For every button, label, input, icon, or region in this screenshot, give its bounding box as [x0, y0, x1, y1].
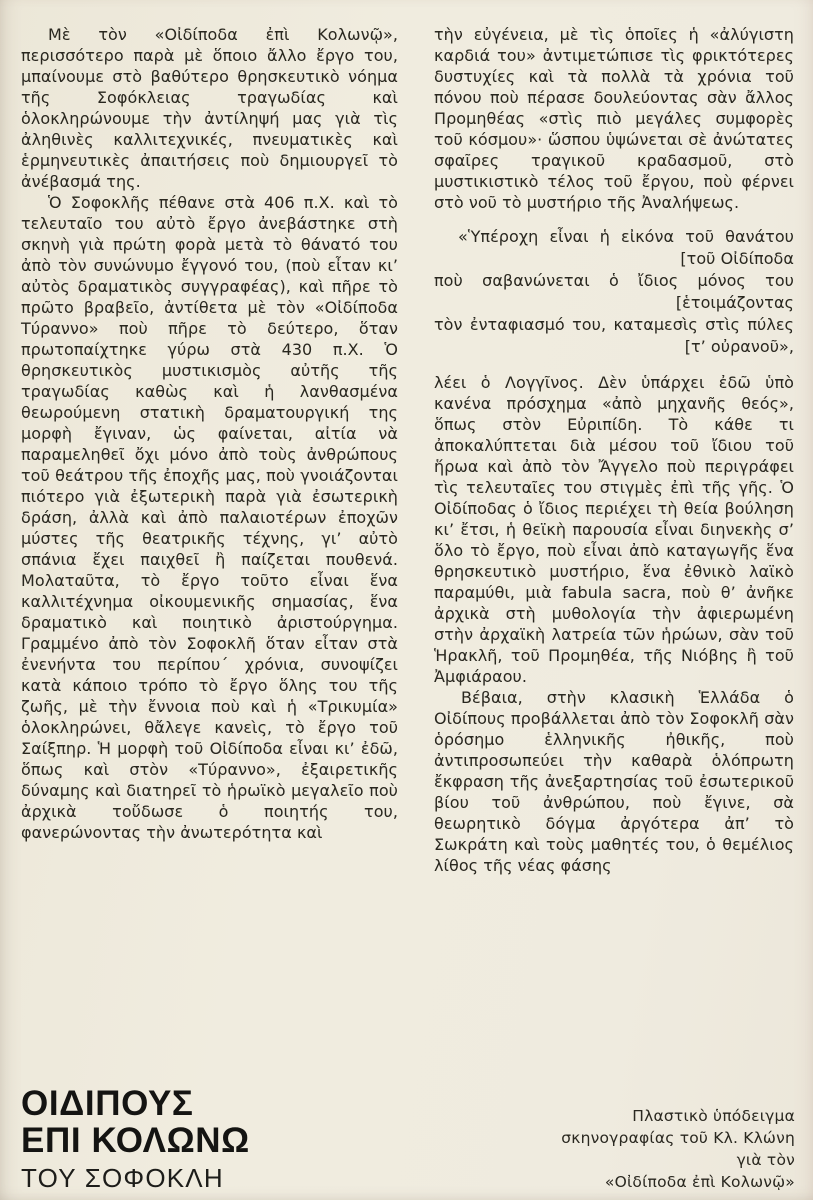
- verse-quote: «Ὑπέροχη εἶναι ἡ εἰκόνα τοῦ θανάτου [τοῦ…: [434, 226, 794, 358]
- quote-line-runover: [τ’ οὐρανοῦ»,: [434, 336, 794, 358]
- paragraph-continuation: τὴν εὐγένεια, μὲ τὶς ὁποῖες ἡ «ἀλύγιστη …: [434, 24, 794, 213]
- quote-line: τὸν ἐνταφιασμό του, καταμεσὶς στὶς πύλες: [434, 314, 794, 336]
- paragraph-intro: Μὲ τὸν «Οἰδίποδα ἐπὶ Κολωνῷ», περισσότερ…: [21, 24, 398, 192]
- caption-line: σκηνογραφίας τοῦ Κλ. Κλώνη: [561, 1127, 795, 1149]
- caption-line: γιὰ τὸν: [561, 1149, 795, 1171]
- caption-line: «Οἰδίποδα ἐπὶ Κολωνῷ»: [561, 1171, 795, 1193]
- article-body: Μὲ τὸν «Οἰδίποδα ἐπὶ Κολωνῷ», περισσότερ…: [0, 0, 813, 876]
- play-title-block: ΟΙΔΙΠΟΥΣ ΕΠΙ ΚΟΛΩΝΩ ΤΟΥ ΣΟΦΟΚΛΗ: [21, 1085, 250, 1194]
- quote-line-runover: [τοῦ Οἰδίποδα: [434, 248, 794, 270]
- right-column: τὴν εὐγένεια, μὲ τὶς ὁποῖες ἡ «ἀλύγιστη …: [434, 24, 794, 876]
- caption-line: Πλαστικὸ ὑπόδειγμα: [561, 1105, 795, 1127]
- scanned-program-page: Μὲ τὸν «Οἰδίποδα ἐπὶ Κολωνῷ», περισσότερ…: [0, 0, 813, 1200]
- play-title-line1: ΟΙΔΙΠΟΥΣ: [21, 1085, 250, 1122]
- paragraph-sophocles-history: Ὁ Σοφοκλῆς πέθανε στὰ 406 π.Χ. καὶ τὸ τε…: [21, 192, 398, 843]
- paragraph-attribution: λέει ὁ Λογγῖνος. Δὲν ὑπάρχει ἐδῶ ὑπὸ καν…: [434, 372, 794, 687]
- quote-line: ποὺ σαβανώνεται ὁ ἴδιος μόνος του: [434, 270, 794, 292]
- photo-caption: Πλαστικὸ ὑπόδειγμα σκηνογραφίας τοῦ Κλ. …: [561, 1105, 795, 1193]
- paragraph-closing: Βέβαια, στὴν κλασικὴ Ἑλλάδα ὁ Οἰδίπους π…: [434, 687, 794, 876]
- play-author: ΤΟΥ ΣΟΦΟΚΛΗ: [21, 1162, 250, 1194]
- quote-line: «Ὑπέροχη εἶναι ἡ εἰκόνα τοῦ θανάτου: [434, 226, 794, 248]
- left-column: Μὲ τὸν «Οἰδίποδα ἐπὶ Κολωνῷ», περισσότερ…: [21, 24, 398, 876]
- quote-line-runover: [ἑτοιμάζοντας: [434, 292, 794, 314]
- play-title-line2: ΕΠΙ ΚΟΛΩΝΩ: [21, 1122, 250, 1159]
